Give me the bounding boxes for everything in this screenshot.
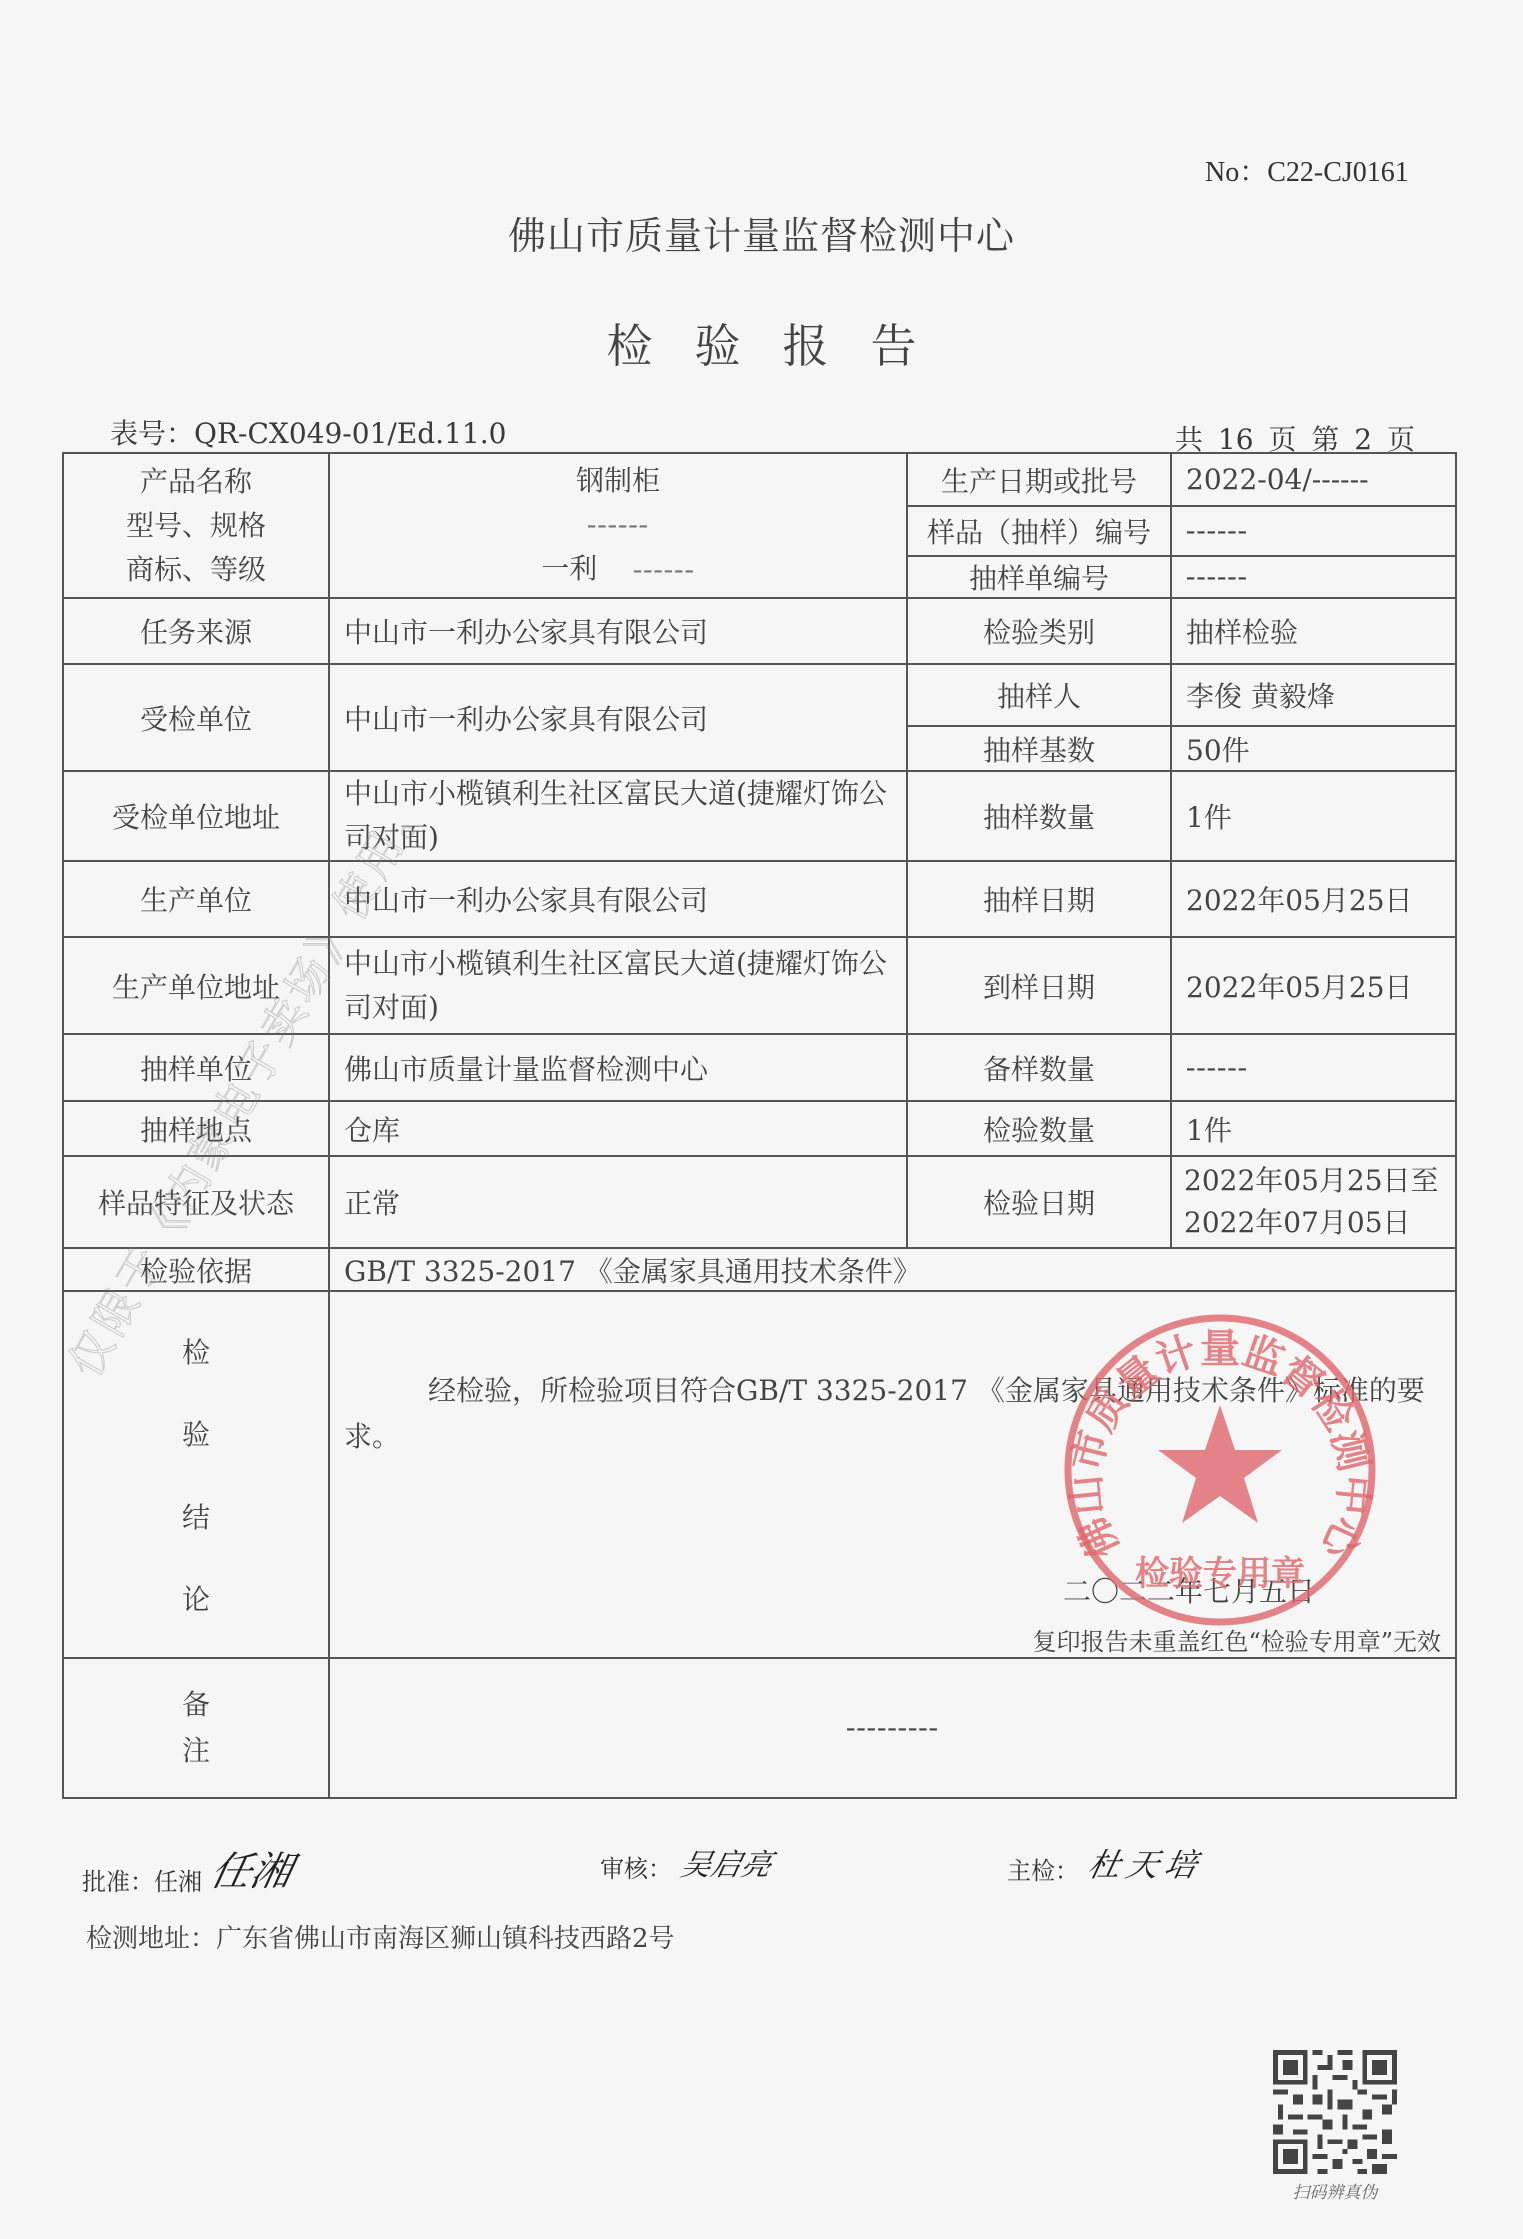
conclusion-char: 论 — [182, 1578, 210, 1618]
value-sample-number: ------ — [1171, 506, 1456, 556]
label-production-date: 生产日期或批号 — [907, 453, 1171, 506]
seal-bottom-text: 检验专用章 — [1135, 1554, 1305, 1594]
table-row: 样品特征及状态 正常 检验日期 2022年05月25日至 2022年07月05日 — [63, 1156, 1456, 1248]
value-grade: ------ — [633, 554, 695, 585]
label-task-source: 任务来源 — [63, 598, 329, 664]
approver-handwriting: 任湘 — [206, 1840, 298, 1897]
label-inspected-unit: 受检单位 — [63, 664, 329, 771]
conclusion-char: 结 — [182, 1496, 210, 1536]
value-product-name: 钢制柜 — [344, 459, 892, 503]
signature-row: 批准：任湘 任湘 审核： 吴启亮 主检： 杜天培 — [82, 1820, 1462, 1900]
value-sample-quantity: 1件 — [1171, 771, 1456, 861]
value-sampler: 李俊 黄毅烽 — [1171, 664, 1456, 726]
remarks-char: 备 — [68, 1682, 324, 1728]
value-remarks: --------- — [329, 1658, 1456, 1798]
report-number: No：C22-CJ0161 — [1205, 150, 1409, 190]
remarks-char: 注 — [68, 1728, 324, 1774]
test-date-end: 2022年07月05日 — [1184, 1202, 1453, 1244]
value-sampling-base: 50件 — [1171, 726, 1456, 771]
value-inspection-type: 抽样检验 — [1171, 598, 1456, 664]
label-arrival-date: 到样日期 — [907, 937, 1171, 1034]
qr-code-icon[interactable] — [1273, 2050, 1397, 2174]
table-row: 检验依据 GB/T 3325-2017 《金属家具通用技术条件》 — [63, 1248, 1456, 1291]
product-values-cell: 钢制柜 ------ 一利 ------ — [329, 453, 907, 598]
value-producer-address: 中山市小榄镇利生社区富民大道(捷耀灯饰公司对面) — [329, 937, 907, 1034]
value-test-basis: GB/T 3325-2017 《金属家具通用技术条件》 — [329, 1248, 1456, 1291]
label-inspected-address: 受检单位地址 — [63, 771, 329, 861]
label-sampling-base: 抽样基数 — [907, 726, 1171, 771]
value-model-spec: ------ — [344, 503, 892, 547]
table-row: 生产单位 中山市一利办公家具有限公司 抽样日期 2022年05月25日 — [63, 861, 1456, 937]
official-seal-icon: 佛山市质量计量监督检测中心 检验专用章 — [1060, 1310, 1380, 1630]
test-date-start: 2022年05月25日至 — [1184, 1160, 1453, 1202]
label-inspection-type: 检验类别 — [907, 598, 1171, 664]
value-sampling-place: 仓库 — [329, 1101, 907, 1156]
document-title: 检验报告 — [0, 310, 1523, 376]
label-sample-quantity: 抽样数量 — [907, 771, 1171, 861]
inspector-signature: 主检： 杜天培 — [1007, 1840, 1203, 1886]
table-row: 备 注 --------- — [63, 1658, 1456, 1798]
product-labels-cell: 产品名称 型号、规格 商标、等级 — [63, 453, 329, 598]
reviewer-signature: 审核： 吴启亮 — [600, 1840, 772, 1884]
label-sampling-date: 抽样日期 — [907, 861, 1171, 937]
inspector-handwriting: 杜天培 — [1084, 1840, 1208, 1886]
value-inspected-unit: 中山市一利办公家具有限公司 — [329, 664, 907, 771]
value-test-date: 2022年05月25日至 2022年07月05日 — [1171, 1156, 1456, 1248]
approver-signature: 批准：任湘 任湘 — [82, 1840, 292, 1897]
table-row: 抽样地点 仓库 检验数量 1件 — [63, 1101, 1456, 1156]
label-test-quantity: 检验数量 — [907, 1101, 1171, 1156]
value-task-source: 中山市一利办公家具有限公司 — [329, 598, 907, 664]
label-test-date: 检验日期 — [907, 1156, 1171, 1248]
value-brand: 一利 — [541, 552, 597, 585]
label-model-spec: 型号、规格 — [68, 504, 324, 548]
value-producer: 中山市一利办公家具有限公司 — [329, 861, 907, 937]
value-sampling-date: 2022年05月25日 — [1171, 861, 1456, 937]
value-sampling-unit: 佛山市质量计量监督检测中心 — [329, 1034, 907, 1101]
reviewer-label: 审核： — [600, 1849, 672, 1884]
table-row: 任务来源 中山市一利办公家具有限公司 检验类别 抽样检验 — [63, 598, 1456, 664]
value-sampling-sheet-number: ------ — [1171, 556, 1456, 598]
table-row: 受检单位地址 中山市小榄镇利生社区富民大道(捷耀灯饰公司对面) 抽样数量 1件 — [63, 771, 1456, 861]
value-sample-state: 正常 — [329, 1156, 907, 1248]
label-product-name: 产品名称 — [68, 460, 324, 504]
value-production-date: 2022-04/------ — [1171, 453, 1456, 506]
label-sampler: 抽样人 — [907, 664, 1171, 726]
label-brand-grade: 商标、等级 — [68, 548, 324, 592]
test-address: 检测地址：广东省佛山市南海区狮山镇科技西路2号 — [86, 1918, 675, 1955]
label-producer: 生产单位 — [63, 861, 329, 937]
value-arrival-date: 2022年05月25日 — [1171, 937, 1456, 1034]
table-row: 产品名称 型号、规格 商标、等级 钢制柜 ------ 一利 ------ 生产… — [63, 453, 1456, 506]
form-number: 表号：QR-CX049-01/Ed.11.0 — [110, 412, 506, 452]
value-reserve-quantity: ------ — [1171, 1034, 1456, 1101]
inspector-label: 主检： — [1007, 1851, 1079, 1886]
conclusion-char: 验 — [182, 1413, 210, 1453]
conclusion-char: 检 — [182, 1331, 210, 1371]
label-remarks: 备 注 — [63, 1658, 329, 1798]
table-row: 受检单位 中山市一利办公家具有限公司 抽样人 李俊 黄毅烽 — [63, 664, 1456, 726]
label-sample-number: 样品（抽样）编号 — [907, 506, 1171, 556]
label-reserve-quantity: 备样数量 — [907, 1034, 1171, 1101]
label-sampling-sheet-number: 抽样单编号 — [907, 556, 1171, 598]
value-test-quantity: 1件 — [1171, 1101, 1456, 1156]
reviewer-handwriting: 吴启亮 — [677, 1840, 776, 1884]
qr-caption: 扫码辨真伪 — [1273, 2178, 1397, 2203]
organization-title: 佛山市质量计量监督检测中心 — [0, 205, 1523, 260]
approver-label: 批准：任湘 — [82, 1862, 202, 1897]
